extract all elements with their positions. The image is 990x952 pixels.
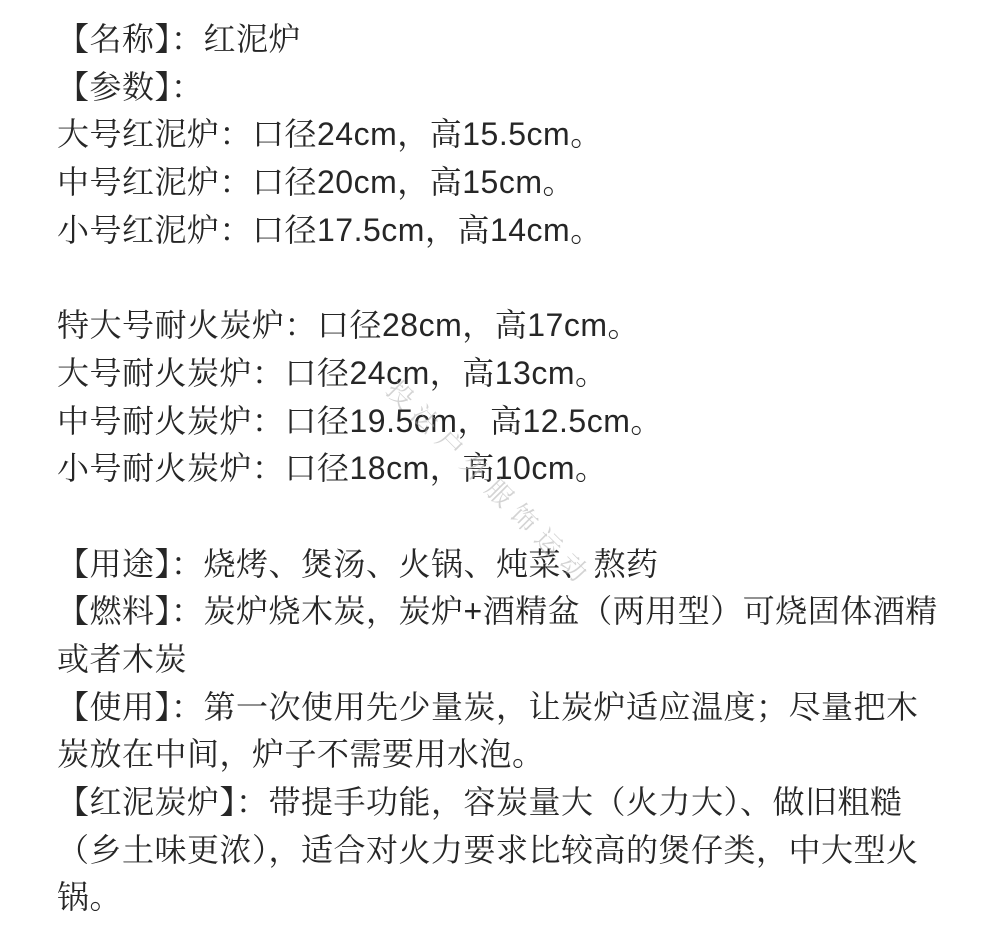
blank-line [57,493,960,541]
charcoal-spec-line: 中号耐火炭炉：口径19.5cm，高12.5cm。 [57,398,960,446]
red-clay-charcoal-line-continued: （乡土味更浓），适合对火力要求比较高的煲仔类，中大型火 [57,827,960,875]
blank-line [57,254,960,302]
usage-line: 【用途】：烧烤、煲汤、火锅、炖菜、熬药 [57,541,960,589]
red-clay-charcoal-line: 【红泥炭炉】：带提手功能，容炭量大（火力大）、做旧粗糙 [57,779,960,827]
red-clay-spec-line: 小号红泥炉：口径17.5cm，高14cm。 [57,207,960,255]
charcoal-spec-line: 小号耐火炭炉：口径18cm，高10cm。 [57,445,960,493]
red-clay-spec-line: 中号红泥炉：口径20cm，高15cm。 [57,159,960,207]
first-use-line: 【使用】：第一次使用先少量炭，让炭炉适应温度；尽量把木 [57,684,960,732]
fuel-line: 【燃料】：炭炉烧木炭，炭炉+酒精盆（两用型）可烧固体酒精 [57,588,960,636]
params-header: 【参数】： [57,64,960,112]
first-use-line-continued: 炭放在中间，炉子不需要用水泡。 [57,731,960,779]
product-description: 【名称】：红泥炉 【参数】： 大号红泥炉：口径24cm，高15.5cm。 中号红… [57,16,960,922]
name-line: 【名称】：红泥炉 [57,16,960,64]
fuel-line-continued: 或者木炭 [57,636,960,684]
red-clay-spec-line: 大号红泥炉：口径24cm，高15.5cm。 [57,111,960,159]
red-clay-charcoal-line-end: 锅。 [57,874,960,922]
charcoal-spec-line: 特大号耐火炭炉：口径28cm，高17cm。 [57,302,960,350]
charcoal-spec-line: 大号耐火炭炉：口径24cm，高13cm。 [57,350,960,398]
